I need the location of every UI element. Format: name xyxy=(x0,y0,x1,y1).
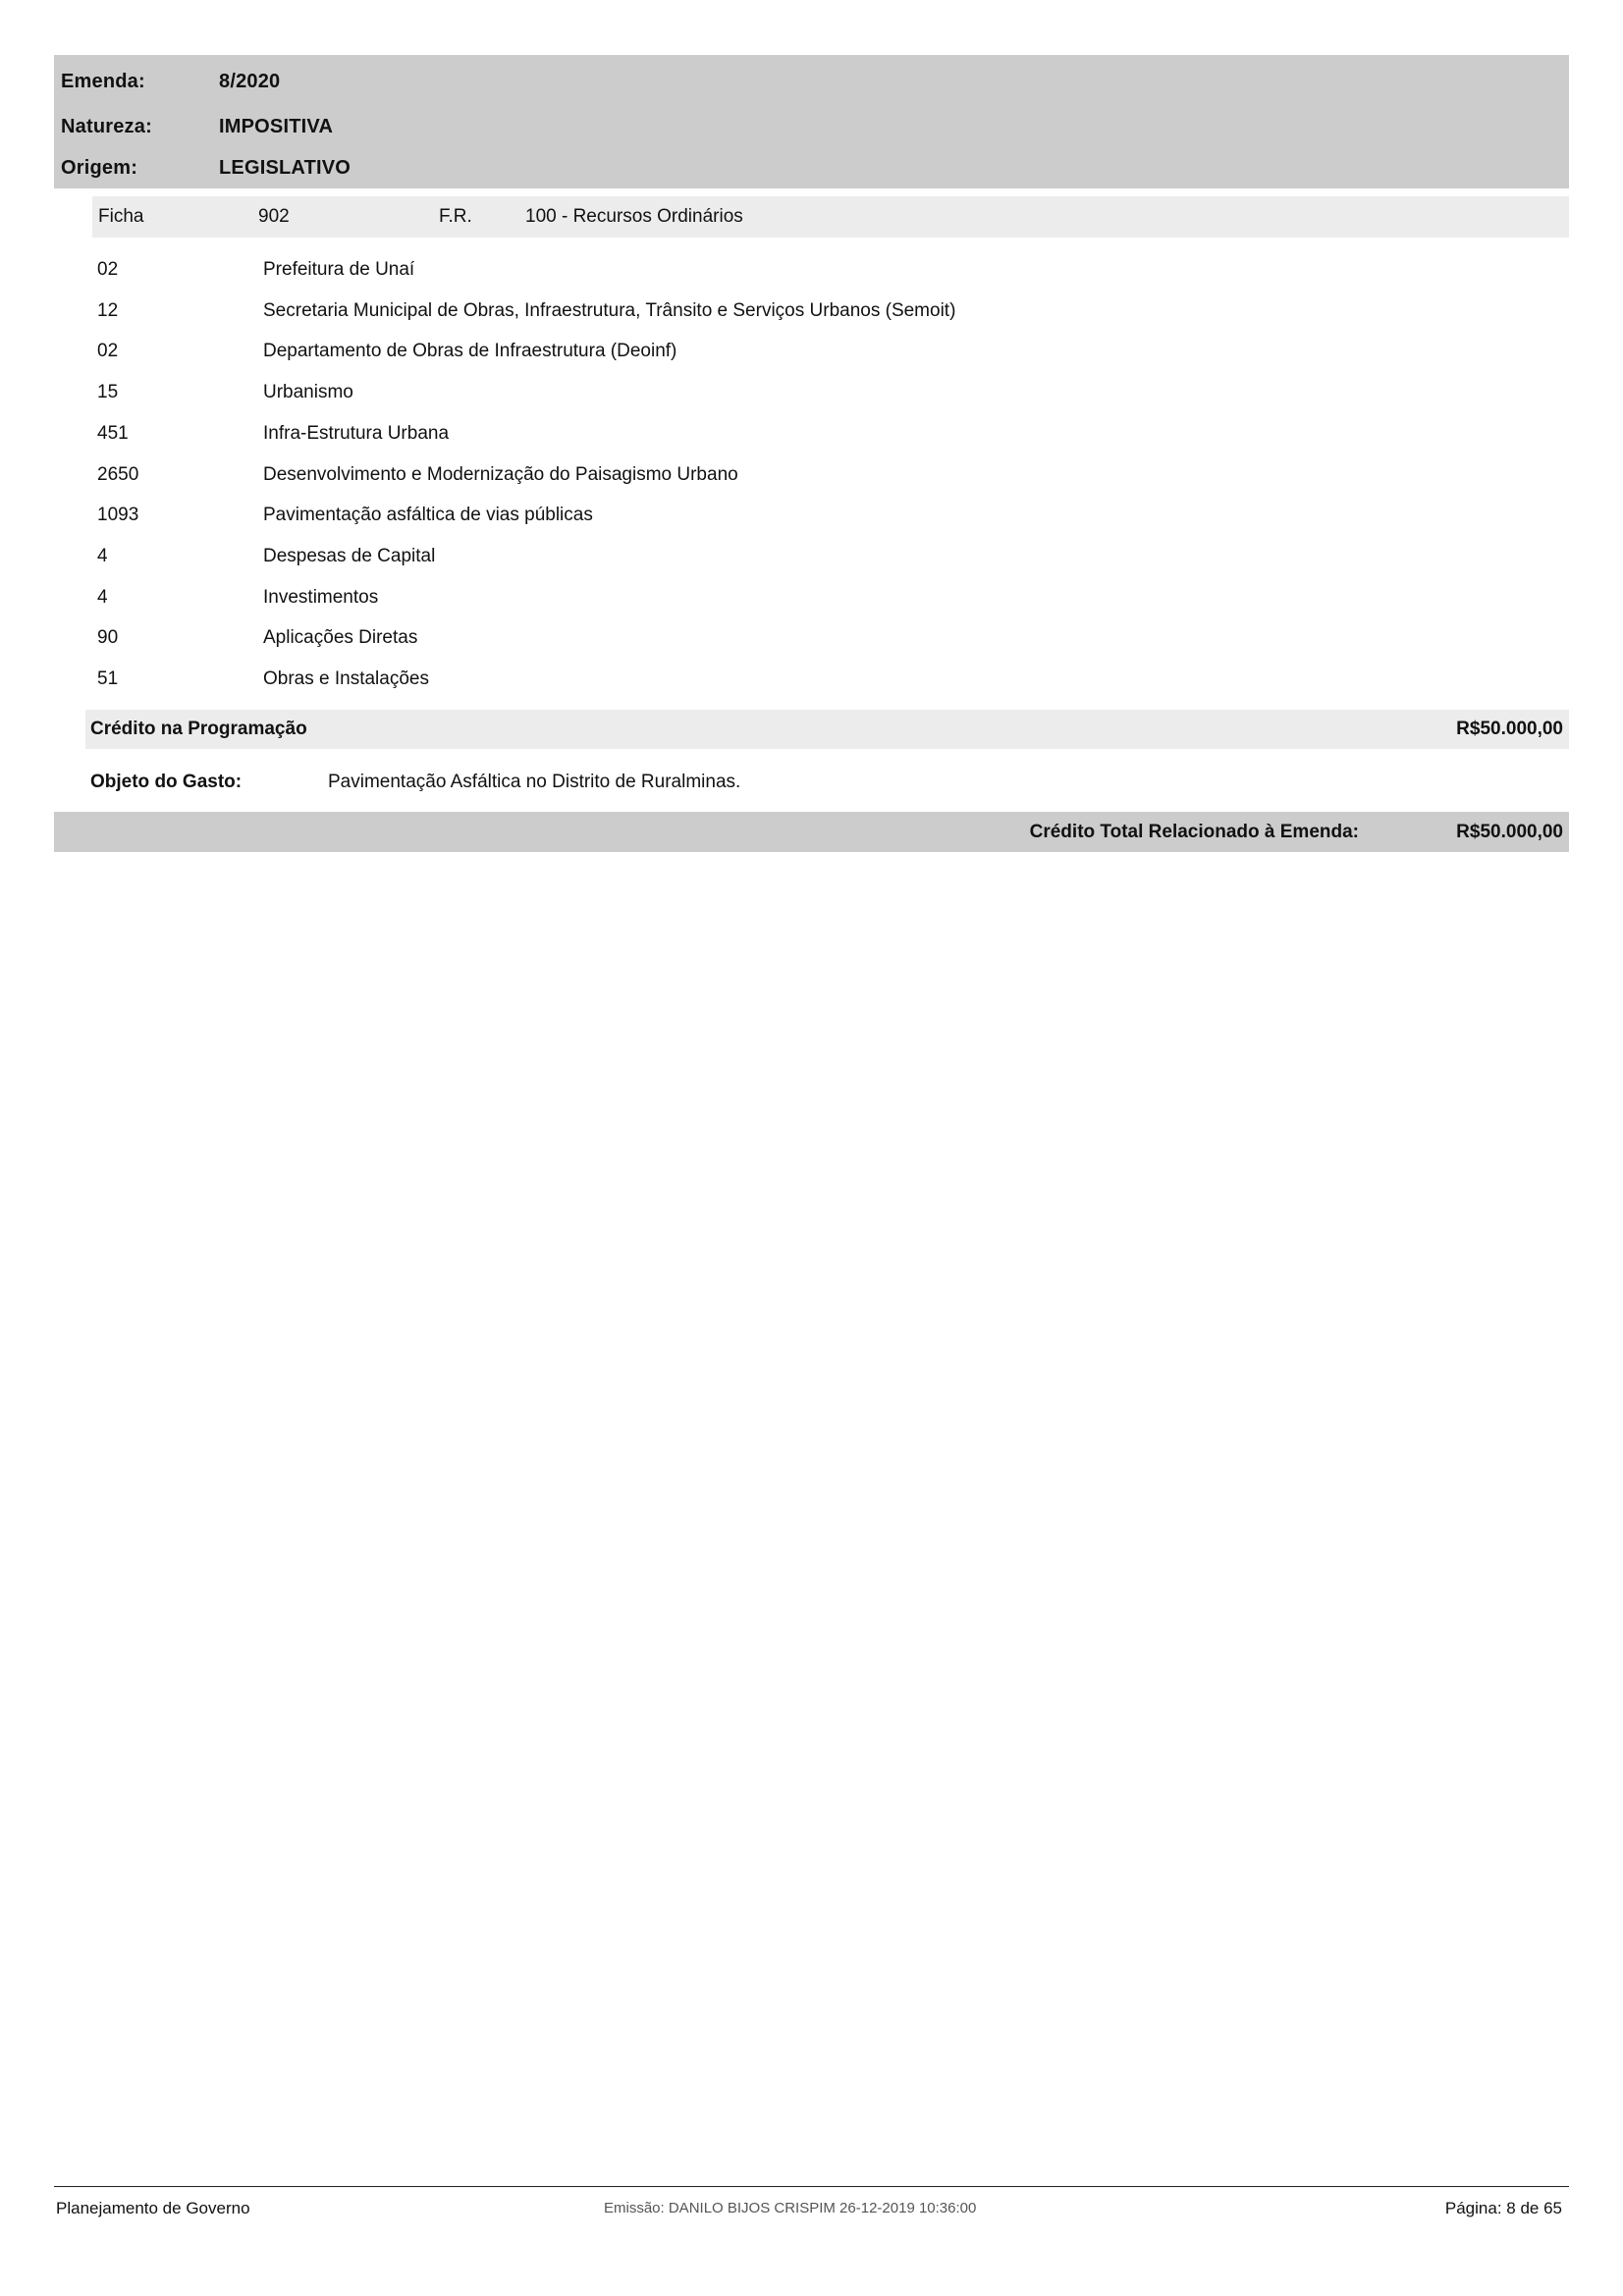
classification-code: 4 xyxy=(97,583,108,613)
fonte-recurso-label: F.R. xyxy=(439,196,472,238)
classification-description: Secretaria Municipal de Obras, Infraestr… xyxy=(263,296,955,326)
page-number: Página: 8 de 65 xyxy=(1445,2197,1562,2220)
classification-code: 4 xyxy=(97,542,108,571)
credito-total-row: Crédito Total Relacionado à Emenda: R$50… xyxy=(54,812,1569,852)
classification-code: 51 xyxy=(97,665,118,694)
classification-description: Aplicações Diretas xyxy=(263,623,417,653)
classification-description: Urbanismo xyxy=(263,378,353,407)
ficha-number: 902 xyxy=(258,196,290,238)
classification-code: 90 xyxy=(97,623,118,653)
classification-description: Prefeitura de Unaí xyxy=(263,255,414,285)
emenda-header: Emenda: 8/2020 Natureza: IMPOSITIVA Orig… xyxy=(54,55,1569,188)
natureza-value: IMPOSITIVA xyxy=(219,112,333,141)
credito-programacao-label: Crédito na Programação xyxy=(90,710,307,749)
origem-value: LEGISLATIVO xyxy=(219,153,351,183)
emenda-label: Emenda: xyxy=(61,67,145,96)
classification-code: 15 xyxy=(97,378,118,407)
credito-programacao-row: Crédito na Programação R$50.000,00 xyxy=(85,710,1569,749)
objeto-gasto-value: Pavimentação Asfáltica no Distrito de Ru… xyxy=(328,768,740,797)
objeto-gasto-label: Objeto do Gasto: xyxy=(90,768,242,797)
classification-code: 12 xyxy=(97,296,118,326)
classification-code: 451 xyxy=(97,419,129,449)
classification-description: Obras e Instalações xyxy=(263,665,429,694)
fonte-recurso-value: 100 - Recursos Ordinários xyxy=(525,196,743,238)
classification-description: Departamento de Obras de Infraestrutura … xyxy=(263,337,676,366)
footer-emission-info: Emissão: DANILO BIJOS CRISPIM 26-12-2019… xyxy=(604,2197,976,2220)
page-footer: Planejamento de Governo Emissão: DANILO … xyxy=(0,2197,1623,2220)
ficha-row: Ficha 902 F.R. 100 - Recursos Ordinários xyxy=(92,196,1569,238)
credito-total-value: R$50.000,00 xyxy=(1456,812,1563,852)
natureza-label: Natureza: xyxy=(61,112,152,141)
credito-programacao-value: R$50.000,00 xyxy=(1456,710,1563,749)
classification-description: Despesas de Capital xyxy=(263,542,435,571)
classification-code: 2650 xyxy=(97,460,138,490)
classification-description: Desenvolvimento e Modernização do Paisag… xyxy=(263,460,738,490)
classification-code: 1093 xyxy=(97,501,138,530)
classification-code: 02 xyxy=(97,337,118,366)
footer-divider xyxy=(54,2186,1569,2187)
footer-department: Planejamento de Governo xyxy=(56,2197,250,2220)
classification-description: Pavimentação asfáltica de vias públicas xyxy=(263,501,593,530)
classification-code: 02 xyxy=(97,255,118,285)
classification-description: Investimentos xyxy=(263,583,378,613)
classification-description: Infra-Estrutura Urbana xyxy=(263,419,449,449)
origem-label: Origem: xyxy=(61,153,137,183)
emenda-value: 8/2020 xyxy=(219,67,280,96)
credito-total-label: Crédito Total Relacionado à Emenda: xyxy=(1030,812,1359,852)
ficha-label: Ficha xyxy=(98,196,143,238)
